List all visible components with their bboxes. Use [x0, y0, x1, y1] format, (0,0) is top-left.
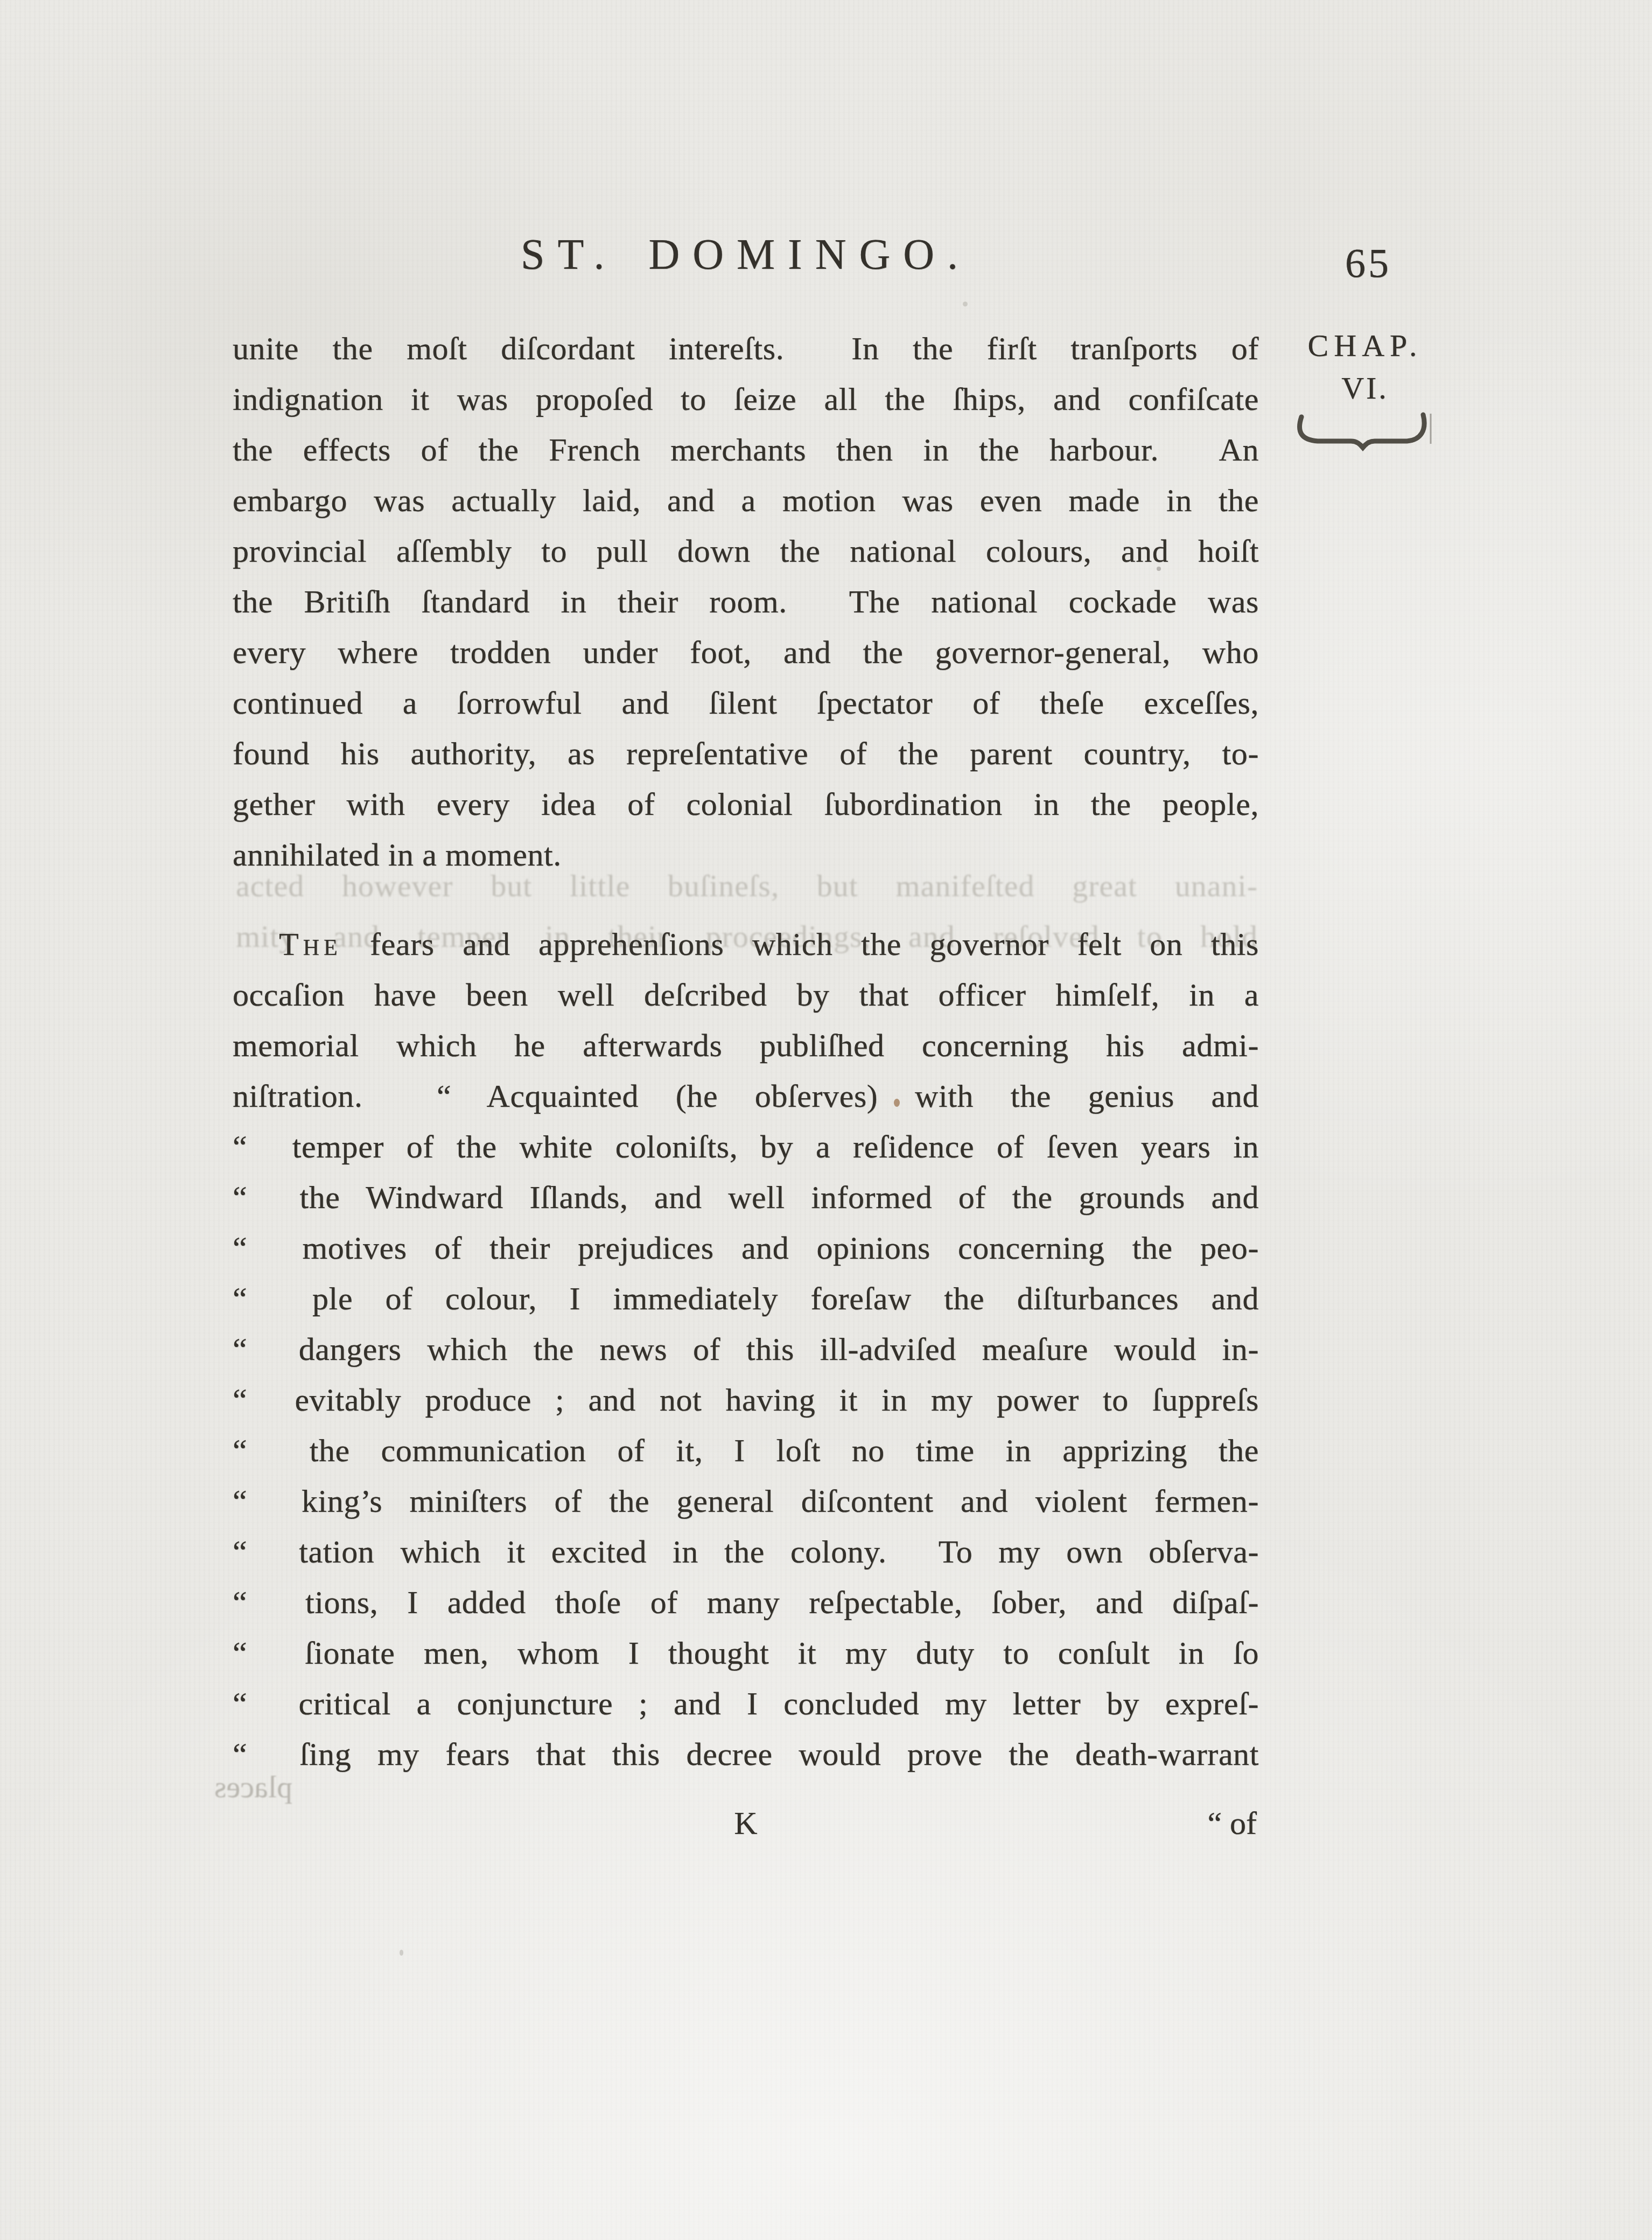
text-line: “ temper of the white coloniſts, by a re… [233, 1121, 1259, 1172]
text-line: “ ſionate men, whom I thought it my duty… [233, 1628, 1259, 1678]
chapter-brace-ornament-icon [1295, 408, 1435, 451]
page-number: 65 [1345, 240, 1391, 287]
text-line: the effects of the French merchants then… [233, 424, 1259, 475]
text-line: continued a ſorrowful and ſilent ſpectat… [233, 678, 1259, 728]
small-caps-lead: The [279, 926, 342, 962]
text-line: found his authority, as repreſentative o… [233, 728, 1259, 779]
text-line: occaſion have been well deſcribed by tha… [233, 969, 1259, 1020]
text-line: “ ple of colour, I immediately foreſaw t… [233, 1273, 1259, 1324]
chapter-numeral: VI. [1287, 370, 1443, 406]
ink-speck [1157, 567, 1161, 571]
running-head-title-right: DOMINGO. [648, 231, 971, 278]
ink-speck [400, 1950, 403, 1956]
text-line: “ evitably produce ; and not having it i… [233, 1374, 1259, 1425]
paragraph-1: unite the moſt diſcordant intereſts. In … [233, 323, 1259, 880]
text-line: embargo was actually laid, and a motion … [233, 475, 1259, 526]
paragraph-2: The fears and apprehenſions which the go… [233, 919, 1259, 1780]
text-line: “ the Windward Iſlands, and well informe… [233, 1172, 1259, 1223]
text-line: annihilated in a moment. [233, 829, 1259, 880]
text-line: indignation it was propoſed to ſeize all… [233, 374, 1259, 424]
text-line: “ king’s miniſters of the general diſcon… [233, 1476, 1259, 1526]
text-line: niſtration. “ Acquainted (he obſerves) w… [233, 1071, 1259, 1121]
running-head-title-left: ST. [521, 231, 617, 278]
text-line: the Britiſh ſtandard in their room. The … [233, 576, 1259, 627]
text-line: “ tions, I added thoſe of many reſpectab… [233, 1577, 1259, 1628]
text-line: gether with every idea of colonial ſubor… [233, 779, 1259, 829]
catchword: “ of [1207, 1798, 1257, 1848]
text-line: provincial aſſembly to pull down the nat… [233, 526, 1259, 576]
text-line: “ the communication of it, I loſt no tim… [233, 1425, 1259, 1476]
text-line: “ dangers which the news of this ill-adv… [233, 1324, 1259, 1374]
footer-line: K “ of [233, 1798, 1259, 1848]
margin-chapter-note: CHAP. VI. [1287, 327, 1443, 454]
signature-mark: K [233, 1798, 1259, 1848]
text-line: every where trodden under foot, and the … [233, 627, 1259, 678]
text-line: memorial which he afterwards publiſhed c… [233, 1020, 1259, 1071]
book-page-scan: acted however but little buſineſs, but m… [0, 0, 1652, 2240]
text-line: “ ſing my fears that this decree would p… [233, 1729, 1259, 1780]
text-line: unite the moſt diſcordant intereſts. In … [233, 323, 1259, 374]
ink-speck [894, 1099, 900, 1107]
text-line: “ critical a conjuncture ; and I conclud… [233, 1678, 1259, 1729]
running-head: ST.DOMINGO. [233, 231, 1259, 280]
text-line: “ tation which it excited in the colony.… [233, 1526, 1259, 1577]
text-line: “ motives of their prejudices and opinio… [233, 1223, 1259, 1273]
chapter-label: CHAP. [1287, 327, 1443, 364]
text-line: The fears and apprehenſions which the go… [233, 919, 1259, 969]
ink-speck [963, 302, 968, 306]
